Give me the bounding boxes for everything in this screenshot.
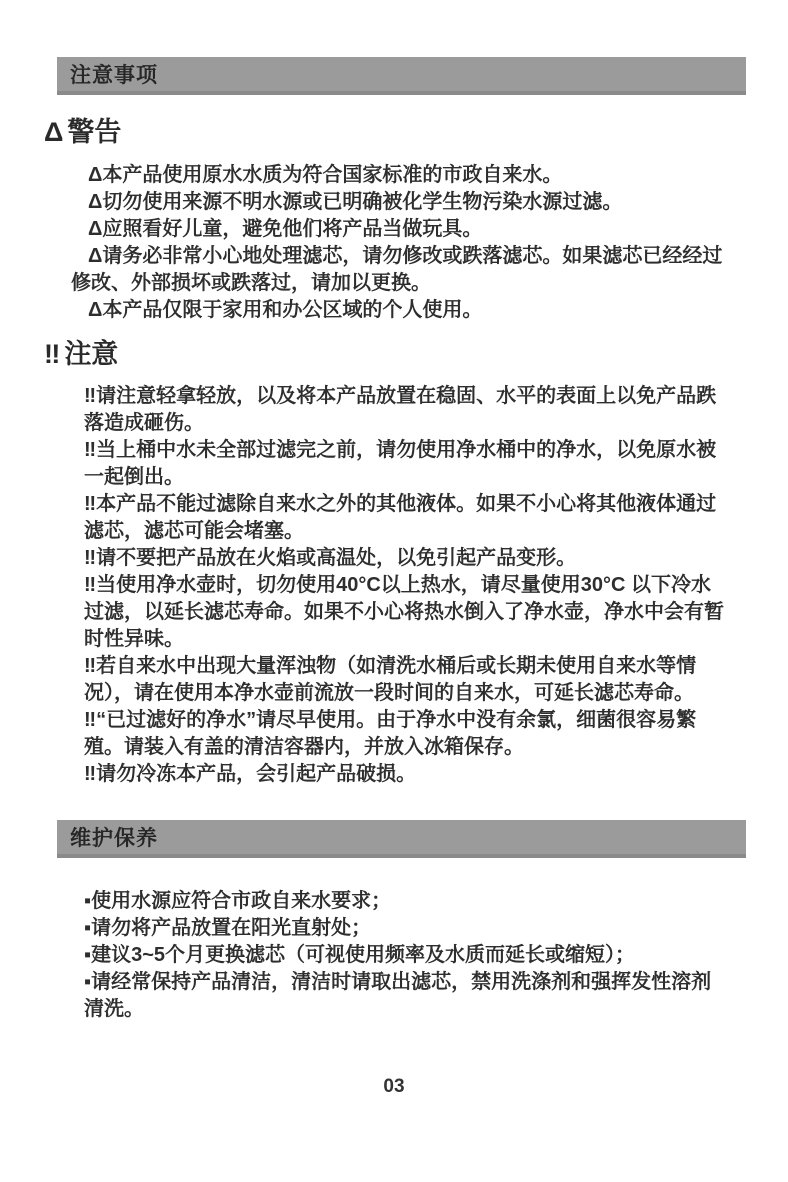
- maintenance-section-title: 维护保养: [70, 822, 158, 852]
- caution-item: ‼请注意轻拿轻放，以及将本产品放置在稳固、水平的表面上以免产品跌落造成砸伤。: [84, 383, 726, 437]
- double-exclamation-icon: ‼: [44, 339, 60, 369]
- maintenance-section-header: 维护保养: [57, 820, 746, 858]
- warning-heading: Δ警告: [44, 116, 121, 148]
- maintenance-item: ▪请勿将产品放置在阳光直射处；: [84, 915, 726, 942]
- warning-item: Δ本产品使用原水水质为符合国家标准的市政自来水。: [71, 162, 726, 189]
- page-number: 03: [0, 1076, 788, 1098]
- maintenance-list: ▪使用水源应符合市政自来水要求； ▪请勿将产品放置在阳光直射处； ▪建议3~5个…: [84, 888, 726, 1023]
- maintenance-item: ▪请经常保持产品清洁，清洁时请取出滤芯，禁用洗涤剂和强挥发性溶剂清洗。: [84, 969, 726, 1023]
- caution-heading: ‼注意: [44, 338, 118, 370]
- caution-item: ‼请不要把产品放在火焰或高温处，以免引起产品变形。: [84, 545, 726, 572]
- warning-item: Δ应照看好儿童，避免他们将产品当做玩具。: [71, 216, 726, 243]
- warning-item: Δ请务必非常小心地处理滤芯，请勿修改或跌落滤芯。如果滤芯已经经过修改、外部损坏或…: [71, 243, 726, 297]
- warning-heading-label: 警告: [67, 117, 121, 147]
- maintenance-item: ▪使用水源应符合市政自来水要求；: [84, 888, 726, 915]
- warning-list: Δ本产品使用原水水质为符合国家标准的市政自来水。 Δ切勿使用来源不明水源或已明确…: [71, 162, 726, 324]
- warning-triangle-icon: Δ: [44, 117, 63, 147]
- caution-item: ‼请勿冷冻本产品，会引起产品破损。: [84, 761, 726, 788]
- caution-item: ‼当使用净水壶时，切勿使用40°C以上热水，请尽量使用30°C 以下冷水过滤，以…: [84, 572, 726, 653]
- caution-item: ‼当上桶中水未全部过滤完之前，请勿使用净水桶中的净水，以免原水被一起倒出。: [84, 437, 726, 491]
- caution-item: ‼本产品不能过滤除自来水之外的其他液体。如果不小心将其他液体通过滤芯，滤芯可能会…: [84, 491, 726, 545]
- notice-section-header: 注意事项: [57, 57, 746, 95]
- caution-list: ‼请注意轻拿轻放，以及将本产品放置在稳固、水平的表面上以免产品跌落造成砸伤。 ‼…: [84, 383, 726, 788]
- maintenance-item: ▪建议3~5个月更换滤芯（可视使用频率及水质而延长或缩短）；: [84, 942, 726, 969]
- caution-item: ‼“已过滤好的净水”请尽早使用。由于净水中没有余氯，细菌很容易繁殖。请装入有盖的…: [84, 707, 726, 761]
- warning-item: Δ本产品仅限于家用和办公区域的个人使用。: [71, 297, 726, 324]
- manual-page: 注意事项 Δ警告 Δ本产品使用原水水质为符合国家标准的市政自来水。 Δ切勿使用来…: [0, 0, 788, 1182]
- caution-heading-label: 注意: [64, 339, 118, 369]
- notice-section-title: 注意事项: [70, 59, 158, 89]
- warning-item: Δ切勿使用来源不明水源或已明确被化学生物污染水源过滤。: [71, 189, 726, 216]
- caution-item: ‼若自来水中出现大量浑浊物（如清洗水桶后或长期未使用自来水等情况），请在使用本净…: [84, 653, 726, 707]
